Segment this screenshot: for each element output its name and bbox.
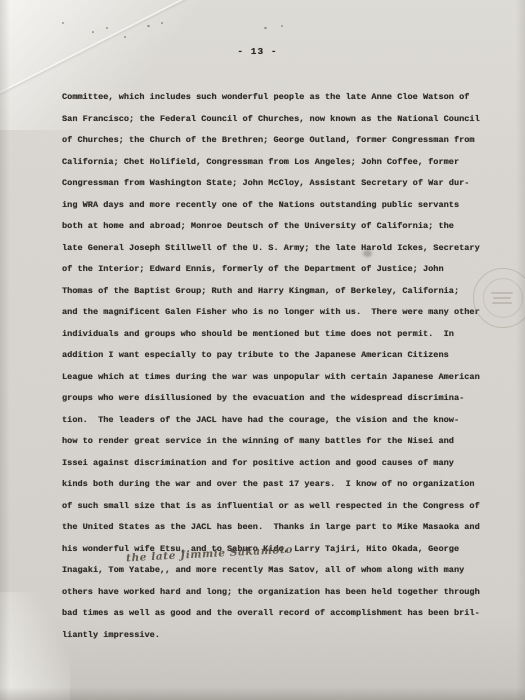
text-line: League which at times during the war was… bbox=[62, 367, 502, 389]
text-line: the United States as the JACL has been. … bbox=[62, 517, 502, 539]
text-line: ing WRA days and more recently one of th… bbox=[62, 195, 502, 217]
paper-speck bbox=[106, 27, 108, 29]
paper-speck bbox=[92, 31, 94, 33]
paper-speck bbox=[281, 25, 283, 27]
text-line: addition I want especially to pay tribut… bbox=[62, 345, 502, 367]
text-line: Committee, which includes such wonderful… bbox=[62, 87, 502, 109]
paper-speck bbox=[124, 36, 126, 38]
paper-edge-shadow-bottom bbox=[0, 687, 525, 700]
text-line: and the magnificent Galen Fisher who is … bbox=[62, 302, 502, 324]
text-line: San Francisco; the Federal Council of Ch… bbox=[62, 109, 502, 131]
paper-edge-shadow-left bbox=[0, 0, 10, 700]
text-line: tion. The leaders of the JACL have had t… bbox=[62, 410, 502, 432]
text-line: both at home and abroad; Monroe Deutsch … bbox=[62, 216, 502, 238]
text-line: groups who were disillusioned by the eva… bbox=[62, 388, 502, 410]
paper-fold-bottom-left bbox=[0, 592, 70, 700]
paper-speck bbox=[147, 25, 150, 27]
text-line: Issei against discrimination and for pos… bbox=[62, 453, 502, 475]
text-line: late General Joseph Stillwell of the U. … bbox=[62, 238, 502, 260]
paper-speck bbox=[264, 27, 267, 29]
paper-edge-shadow-right bbox=[516, 0, 525, 700]
text-line: California; Chet Holifield, Congressman … bbox=[62, 152, 502, 174]
text-line: individuals and groups who should be men… bbox=[62, 324, 502, 346]
text-line: Thomas of the Baptist Group; Ruth and Ha… bbox=[62, 281, 502, 303]
text-line: how to render great service in the winni… bbox=[62, 431, 502, 453]
paper-speck bbox=[161, 22, 163, 24]
text-line: of Churches; the Church of the Brethren;… bbox=[62, 130, 502, 152]
text-line: of the Interior; Edward Ennis, formerly … bbox=[62, 259, 502, 281]
document-page: - 13 - Committee, which includes such wo… bbox=[0, 0, 525, 700]
text-line: of such small size that is as influentia… bbox=[62, 496, 502, 518]
text-line: kinds both during the war and over the p… bbox=[62, 474, 502, 496]
text-line: others have worked hard and long; the or… bbox=[62, 582, 502, 604]
paper-speck bbox=[62, 22, 64, 24]
text-line: bad times as well as good and the overal… bbox=[62, 603, 502, 625]
text-line: Congressman from Washington State; John … bbox=[62, 173, 502, 195]
text-line: liantly impressive. bbox=[62, 625, 502, 647]
page-number: - 13 - bbox=[0, 46, 515, 57]
